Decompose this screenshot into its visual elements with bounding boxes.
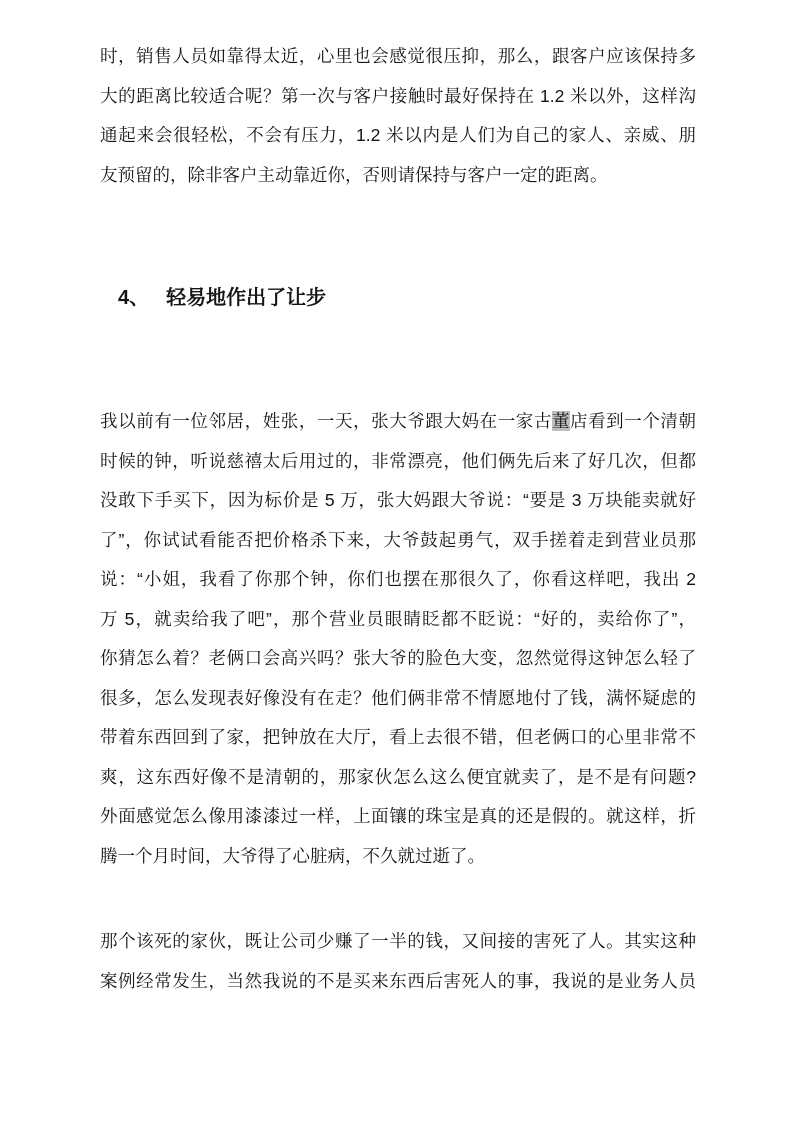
text-line: 外面感觉怎么像用漆漆过一样，上面镶的珠宝是真的还是假的。就这样，折 — [100, 797, 696, 837]
text-line: 带着东西回到了家，把钟放在大厅，看上去很不错，但老俩口的心里非常不 — [100, 718, 696, 758]
text-line: 了”，你试试看能否把价格杀下来，大爷鼓起勇气，双手搓着走到营业员那 — [100, 521, 696, 561]
closing-paragraph: 那个该死的家伙，既让公司少赚了一半的钱，又间接的害死了人。其实这种 案例经常发生… — [100, 922, 696, 1001]
text-line: 我以前有一位邻居，姓张，一天，张大爷跟大妈在一家古董店看到一个清朝 — [100, 402, 696, 442]
text-line: 通起来会很轻松，不会有压力，1.2 米以内是人们为自己的家人、亲威、朋 — [100, 116, 696, 156]
section-heading: 4、轻易地作出了让步 — [118, 283, 326, 313]
line-segment: 店看到一个清朝 — [570, 411, 696, 431]
intro-paragraph: 时，销售人员如靠得太近，心里也会感觉很压抑，那么，跟客户应该保持多 大的距离比较… — [100, 37, 696, 195]
shaded-character: 董 — [552, 411, 570, 431]
text-line: 案例经常发生，当然我说的不是买来东西后害死人的事，我说的是业务人员 — [100, 962, 696, 1002]
text-line: 万 5，就卖给我了吧”，那个营业员眼睛眨都不眨说：“好的，卖给你了”， — [100, 600, 696, 640]
text-line: 没敢下手买下，因为标价是 5 万，张大妈跟大爷说：“要是 3 万块能卖就好 — [100, 481, 696, 521]
text-line: 你猜怎么着？老俩口会高兴吗？张大爷的脸色大变，忽然觉得这钟怎么轻了 — [100, 639, 696, 679]
text-line: 时，销售人员如靠得太近，心里也会感觉很压抑，那么，跟客户应该保持多 — [100, 37, 696, 77]
text-line: 很多，怎么发现表好像没有在走？他们俩非常不情愿地付了钱，满怀疑虑的 — [100, 679, 696, 719]
heading-title: 轻易地作出了让步 — [166, 287, 326, 309]
document-page: 时，销售人员如靠得太近，心里也会感觉很压抑，那么，跟客户应该保持多 大的距离比较… — [0, 0, 793, 1122]
heading-number: 4、 — [118, 287, 149, 309]
story-paragraph: 我以前有一位邻居，姓张，一天，张大爷跟大妈在一家古董店看到一个清朝 时候的钟，听… — [100, 402, 696, 876]
line-segment: 我以前有一位邻居，姓张，一天，张大爷跟大妈在一家古 — [100, 411, 552, 431]
text-line: 爽，这东西好像不是清朝的，那家伙怎么这么便宜就卖了，是不是有问题? — [100, 758, 696, 798]
text-line: 大的距离比较适合呢？第一次与客户接触时最好保持在 1.2 米以外，这样沟 — [100, 77, 696, 117]
text-line: 那个该死的家伙，既让公司少赚了一半的钱，又间接的害死了人。其实这种 — [100, 922, 696, 962]
text-line: 说：“小姐，我看了你那个钟，你们也摆在那很久了，你看这样吧，我出 2 — [100, 560, 696, 600]
text-line: 腾一个月时间，大爷得了心脏病，不久就过逝了。 — [100, 837, 696, 877]
text-line: 友预留的，除非客户主动靠近你，否则请保持与客户一定的距离。 — [100, 156, 696, 196]
text-line: 时候的钟，听说慈禧太后用过的，非常漂亮，他们俩先后来了好几次，但都 — [100, 442, 696, 482]
